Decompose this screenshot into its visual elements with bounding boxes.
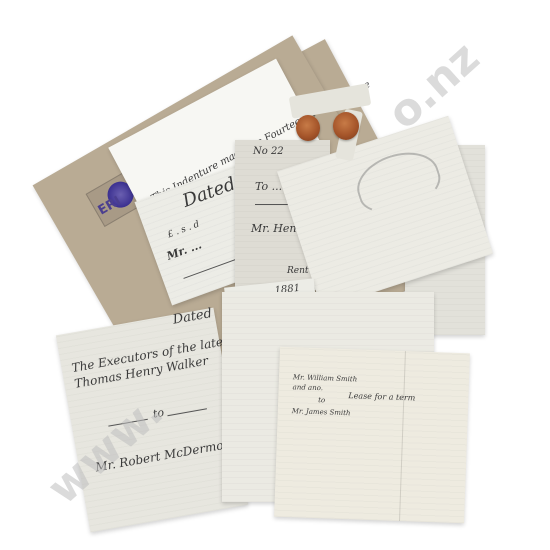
no22-line-1: To ...: [255, 180, 282, 193]
wax-seal-right: [333, 112, 359, 140]
lease-line-2: and ano.: [292, 383, 323, 392]
wax-seal-left: [296, 115, 320, 141]
lease-line-3: to: [318, 396, 325, 404]
lease-document: Mr. William Smith and ano. to Mr. James …: [274, 347, 470, 524]
photo-scene: ERI This Indenture made the Fourteenth D…: [0, 0, 550, 550]
no22-label: No 22: [253, 146, 284, 157]
